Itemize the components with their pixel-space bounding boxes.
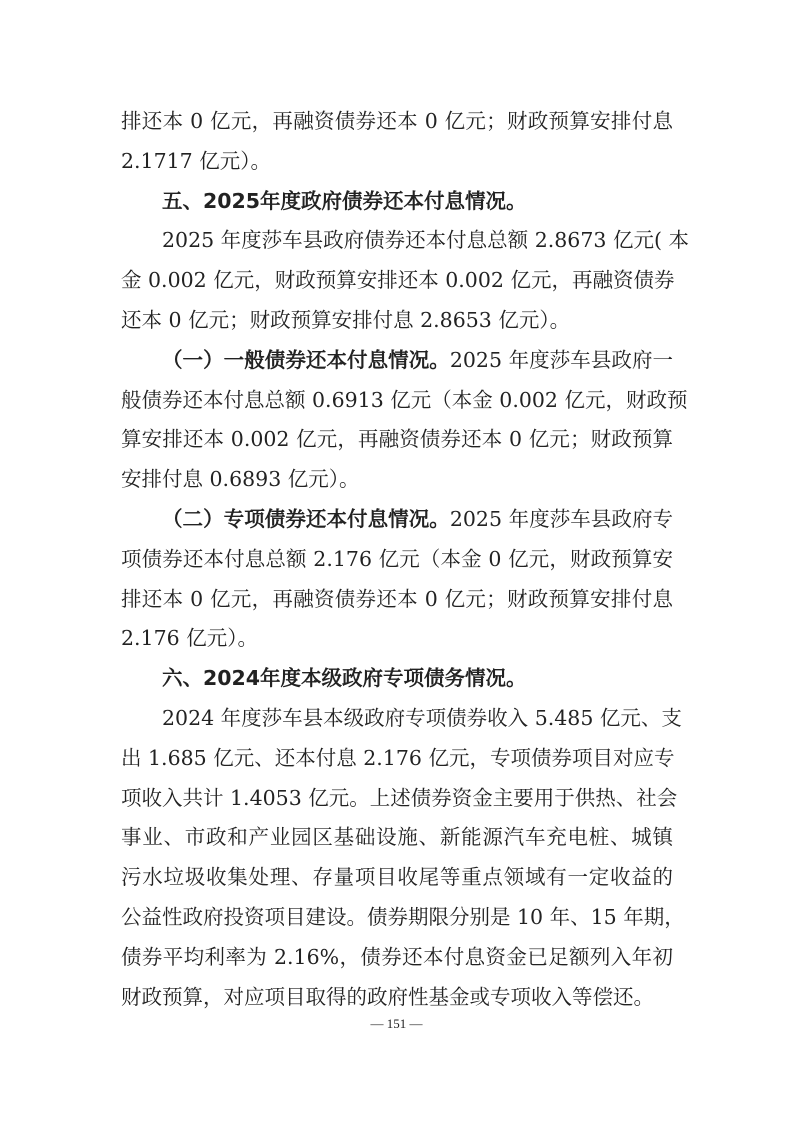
subsection-title: （二）专项债券还本付息情况。 [162,507,450,531]
subsection-special-bonds: （二）专项债券还本付息情况。2025 年度莎车县政府专 [121,500,673,540]
text-line: 2.176 亿元）。 [121,619,673,659]
text-line: 2025 年度莎车县政府债券还本付息总额 2.8673 亿元( 本 [121,221,673,261]
document-page: 排还本 0 亿元，再融资债券还本 0 亿元；财政预算安排付息 2.1717 亿元… [121,102,673,1017]
text-line: 项债券还本付息总额 2.176 亿元（本金 0 亿元，财政预算安 [121,540,673,580]
text-line: 2.1717 亿元）。 [121,142,673,182]
section-heading-6: 六、2024年度本级政府专项债务情况。 [121,659,673,699]
text-span: 2025 年度莎车县政府一 [450,348,673,372]
text-line: 出 1.685 亿元、还本付息 2.176 亿元，专项债券项目对应专 [121,739,673,779]
page-number: — 151 — [0,1016,793,1032]
text-line: 2024 年度莎车县本级政府专项债券收入 5.485 亿元、支 [121,699,673,739]
text-line: 项收入共计 1.4053 亿元。上述债券资金主要用于供热、社会 [121,779,673,819]
text-line: 般债券还本付息总额 0.6913 亿元（本金 0.002 亿元，财政预 [121,381,673,421]
text-line: 财政预算，对应项目取得的政府性基金或专项收入等偿还。 [121,978,673,1018]
text-span: 2025 年度莎车县政府专 [450,507,673,531]
text-line: 污水垃圾收集处理、存量项目收尾等重点领域有一定收益的 [121,858,673,898]
text-line: 公益性政府投资项目建设。债券期限分别是 10 年、15 年期， [121,898,673,938]
section-heading-5: 五、2025年度政府债券还本付息情况。 [121,182,673,222]
subsection-general-bonds: （一）一般债券还本付息情况。2025 年度莎车县政府一 [121,341,673,381]
text-line: 安排付息 0.6893 亿元）。 [121,460,673,500]
text-line: 金 0.002 亿元，财政预算安排还本 0.002 亿元，再融资债券 [121,261,673,301]
subsection-title: （一）一般债券还本付息情况。 [162,348,450,372]
text-line: 还本 0 亿元；财政预算安排付息 2.8653 亿元）。 [121,301,673,341]
text-line: 排还本 0 亿元，再融资债券还本 0 亿元；财政预算安排付息 [121,580,673,620]
text-line: 排还本 0 亿元，再融资债券还本 0 亿元；财政预算安排付息 [121,102,673,142]
text-line: 事业、市政和产业园区基础设施、新能源汽车充电桩、城镇 [121,818,673,858]
text-line: 债券平均利率为 2.16%，债券还本付息资金已足额列入年初 [121,938,673,978]
text-line: 算安排还本 0.002 亿元，再融资债券还本 0 亿元；财政预算 [121,420,673,460]
